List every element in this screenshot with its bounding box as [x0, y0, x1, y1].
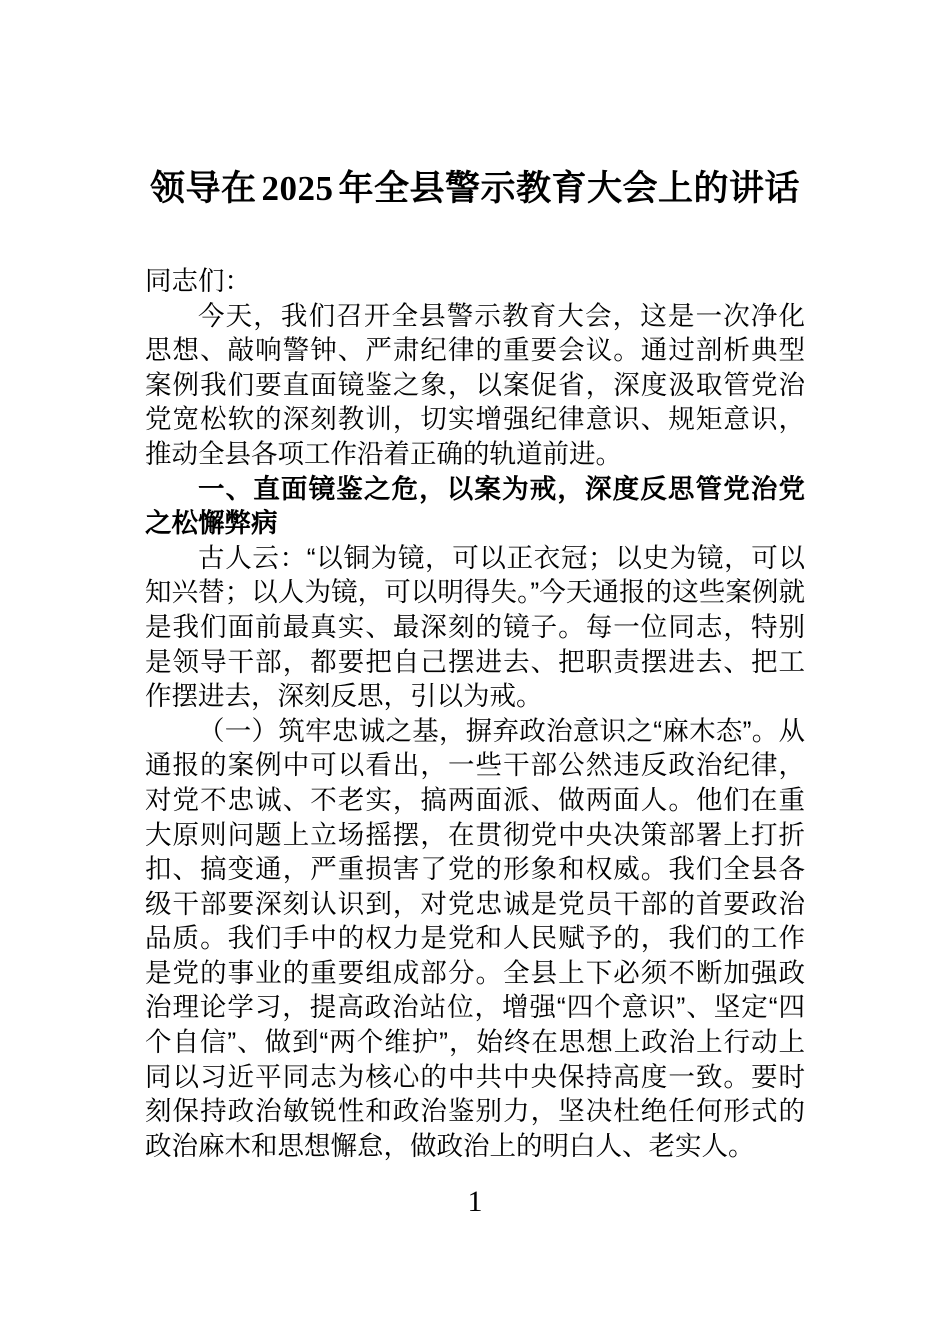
document-title-year: 2025: [257, 169, 339, 208]
document-title-suffix: 年全县警示教育大会上的讲话: [339, 169, 801, 208]
paragraph-opening: 今天，我们召开全县警示教育大会，这是一次净化思想、敲响警钟、严肃纪律的重要会议。…: [145, 299, 805, 472]
document-content: 领导在2025年全县警示教育大会上的讲话 同志们： 今天，我们召开全县警示教育大…: [0, 0, 950, 1219]
document-page: 领导在2025年全县警示教育大会上的讲话 同志们： 今天，我们召开全县警示教育大…: [0, 0, 950, 1344]
salutation-line: 同志们：: [145, 264, 805, 299]
paragraph-mirror-quote: 古人云：“以铜为镜，可以正衣冠；以史为镜，可以知兴替；以人为镜，可以明得失。”今…: [145, 541, 805, 714]
document-title-prefix: 领导在: [150, 169, 257, 208]
paragraph-loyalty: （一）筑牢忠诚之基，摒弃政治意识之“麻木态”。从通报的案例中可以看出，一些干部公…: [145, 714, 805, 1164]
document-title: 领导在2025年全县警示教育大会上的讲话: [145, 166, 805, 212]
page-number: 1: [145, 1185, 805, 1219]
section-heading-1: 一、直面镜鉴之危，以案为戒，深度反思管党治党之松懈弊病: [145, 472, 805, 541]
